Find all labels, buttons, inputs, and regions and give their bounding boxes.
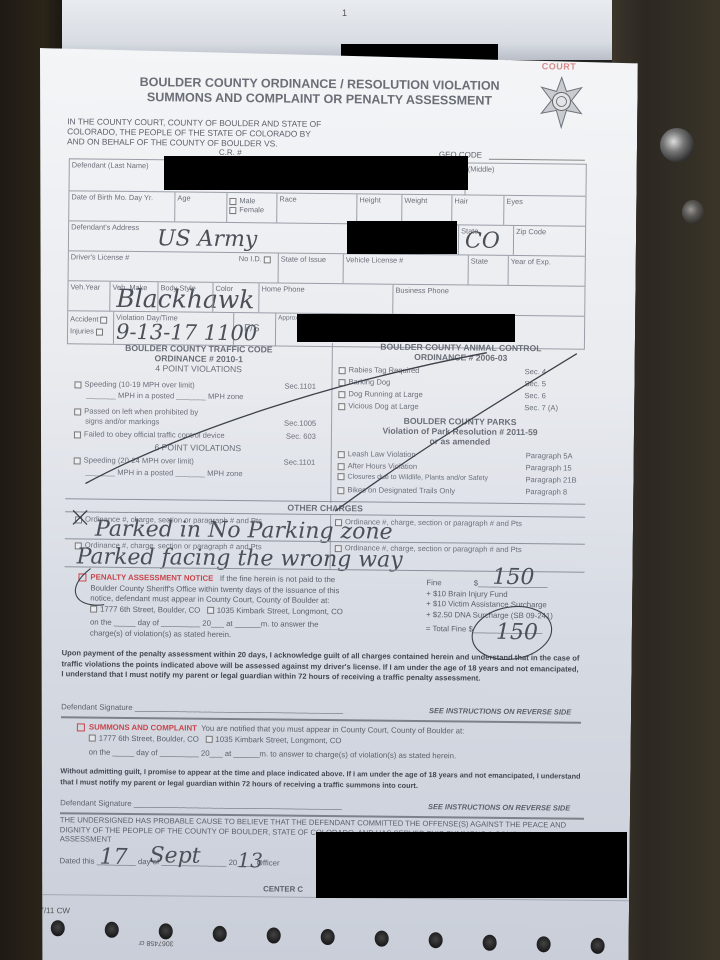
day-handwritten: 17 <box>99 845 127 870</box>
penalty-checkbox[interactable] <box>78 573 86 581</box>
address-handwritten: US Army <box>157 226 258 252</box>
animal-item[interactable]: Vicious Dog at Large <box>338 401 418 411</box>
summons-promise: Without admitting guilt, I promise to ap… <box>60 766 584 792</box>
section-ref: Sec. 5 <box>524 379 546 388</box>
violation-datetime-field[interactable]: Violation Day/Time 9-13-17 1100 <box>114 312 234 345</box>
section-ref: Sec.1005 <box>284 419 316 428</box>
page-number: 1 <box>342 8 347 18</box>
state-of-issue-field[interactable]: State of Issue <box>279 254 344 284</box>
section-ref: Paragraph 5A <box>526 451 573 460</box>
center-label: CENTER C <box>263 884 303 895</box>
body-style-field[interactable]: Body Style <box>158 282 213 312</box>
state-field[interactable]: State CO <box>459 225 514 255</box>
total-fine-handwritten: 150 <box>496 620 538 645</box>
form-title: BOULDER COUNTY ORDINANCE / RESOLUTION VI… <box>99 75 539 110</box>
color-field[interactable]: Color <box>213 283 259 312</box>
state-handwritten: CO <box>465 228 500 253</box>
feed-hole <box>159 924 173 940</box>
business-phone-field[interactable]: Business Phone <box>393 285 584 316</box>
vehicle-make-field[interactable]: Veh. Make Blackhawk <box>110 282 158 312</box>
parks-heading: BOULDER COUNTY PARKS Violation of Park R… <box>336 415 584 448</box>
traffic-code-heading: BOULDER COUNTY TRAFFIC CODE ORDINANCE # … <box>69 342 329 375</box>
traffic-item-mph: _______ MPH in a posted _______ MPH zone <box>86 391 243 402</box>
section-ref: Sec.1101 <box>284 458 316 467</box>
redaction-bar <box>347 221 457 254</box>
longmont-court-checkbox[interactable] <box>205 736 212 743</box>
screw-icon <box>660 128 694 162</box>
accident-injuries-field: Accident Injuries <box>68 311 114 343</box>
dob-field[interactable]: Date of Birth Mo. Day Yr. <box>69 191 175 221</box>
see-instructions-note: SEE INSTRUCTIONS ON REVERSE SIDE <box>429 706 571 716</box>
boulder-court-checkbox[interactable] <box>90 605 97 612</box>
feed-hole <box>105 922 119 938</box>
traffic-item[interactable]: Speeding (10-19 MPH over limit) <box>74 379 194 389</box>
section-ref: Sec.1101 <box>284 382 316 391</box>
zip-code-field[interactable]: Zip Code <box>514 226 585 256</box>
penalty-assessment-notice: PENALTY ASSESSMENT NOTICE If the fine he… <box>78 572 429 642</box>
feed-hole <box>213 925 227 941</box>
month-handwritten: Sept <box>149 843 200 869</box>
drivers-license-field[interactable]: Driver's License # No I.D. <box>69 251 279 282</box>
redaction-bar <box>297 314 515 342</box>
copy-label: COURT <box>542 61 577 71</box>
parks-item[interactable]: Closures due to Wildlife, Plants and/or … <box>337 473 488 482</box>
feed-hole <box>429 933 443 949</box>
penalty-signature-line[interactable]: Defendant Signature ____________________… <box>61 702 343 715</box>
geo-code-field[interactable] <box>489 159 585 161</box>
see-instructions-note: SEE INSTRUCTIONS ON REVERSE SIDE <box>428 802 570 812</box>
accident-checkbox[interactable]: Accident <box>70 314 111 323</box>
year-of-exp-field[interactable]: Year of Exp. <box>509 256 585 286</box>
section-ref: Paragraph 8 <box>525 487 567 496</box>
feed-hole <box>537 936 551 952</box>
traffic-item-cont: signs and/or markings <box>85 416 159 426</box>
animal-item[interactable]: Rabies Tag Required <box>339 365 420 375</box>
section-ref: Sec. 4 <box>525 367 547 376</box>
feed-hole <box>321 929 335 945</box>
screw-hole-icon <box>682 200 704 224</box>
female-checkbox[interactable]: Female <box>229 205 274 214</box>
no-id-checkbox[interactable]: No I.D. <box>239 254 274 263</box>
defendant-middle-name-field[interactable]: (Middle) <box>465 163 585 195</box>
feed-hole <box>483 934 497 950</box>
animal-item[interactable]: Barking Dog <box>338 377 390 387</box>
race-field[interactable]: Race <box>277 193 357 223</box>
traffic-item[interactable]: Passed on left when prohibited by <box>74 406 198 416</box>
penalty-acknowledgement: Upon payment of the penalty assessment w… <box>61 648 581 685</box>
court-intro: IN THE COUNTY COURT, COUNTY OF BOULDER A… <box>67 116 327 149</box>
injuries-checkbox[interactable]: Injuries <box>70 326 111 335</box>
summons-checkbox[interactable] <box>77 723 85 731</box>
section-ref: Paragraph 15 <box>526 463 572 472</box>
column-divider <box>330 343 333 503</box>
feed-hole <box>51 920 65 936</box>
feed-hole <box>375 931 389 947</box>
fs-field[interactable]: F/S <box>234 313 276 345</box>
animal-item[interactable]: Dog Running at Large <box>338 389 422 399</box>
feed-hole <box>267 927 281 943</box>
fine-amount-handwritten: 150 <box>492 565 534 590</box>
male-checkbox[interactable]: Male <box>229 196 274 205</box>
sex-field: Male Female <box>227 193 277 223</box>
parks-item[interactable]: Leash Law Violation <box>338 449 416 459</box>
section-ref: Sec. 7 (A) <box>524 403 558 412</box>
age-field[interactable]: Age <box>175 192 227 222</box>
home-phone-field[interactable]: Home Phone <box>259 283 393 313</box>
longmont-court-checkbox[interactable] <box>207 607 214 614</box>
summons-signature-line[interactable]: Defendant Signature ____________________… <box>60 798 342 811</box>
section-ref: Sec. 6 <box>524 391 546 400</box>
form-code: 07/11 CW <box>35 906 70 915</box>
weight-field[interactable]: Weight <box>402 195 452 225</box>
serial-number: 3067458 cr <box>139 939 174 946</box>
eyes-field[interactable]: Eyes <box>504 196 585 226</box>
parks-item[interactable]: After Hours Violation <box>338 461 418 471</box>
vehicle-state-field[interactable]: State <box>469 256 509 285</box>
feed-hole <box>591 938 605 954</box>
hair-field[interactable]: Hair <box>452 195 504 225</box>
traffic-item[interactable]: Speeding (20-24 MPH over limit) <box>74 455 194 465</box>
summons-and-complaint: SUMMONS AND COMPLAINT You are notified t… <box>77 722 597 763</box>
section-ref: Paragraph 21B <box>525 475 576 485</box>
vehicle-license-field[interactable]: Vehicle License # <box>344 254 469 284</box>
boulder-court-checkbox[interactable] <box>89 734 96 741</box>
height-field[interactable]: Height <box>357 194 402 223</box>
parks-item[interactable]: Bikes on Designated Trails Only <box>337 485 455 495</box>
vehicle-year-field[interactable]: Veh.Year <box>68 281 110 310</box>
section-ref: Sec. 603 <box>286 432 316 441</box>
redaction-bar <box>316 832 627 898</box>
traffic-item-mph: _______ MPH in a posted _______ MPH zone <box>86 468 243 479</box>
sheriff-star-badge-icon <box>537 75 586 131</box>
year-handwritten: 13 <box>237 848 263 872</box>
animal-control-heading: BOULDER COUNTY ANIMAL CONTROL ORDINANCE … <box>337 341 585 364</box>
six-point-heading: 6 POINT VIOLATIONS <box>68 441 328 454</box>
traffic-item[interactable]: Failed to obey official traffic control … <box>74 429 225 440</box>
redaction-bar <box>164 156 468 190</box>
